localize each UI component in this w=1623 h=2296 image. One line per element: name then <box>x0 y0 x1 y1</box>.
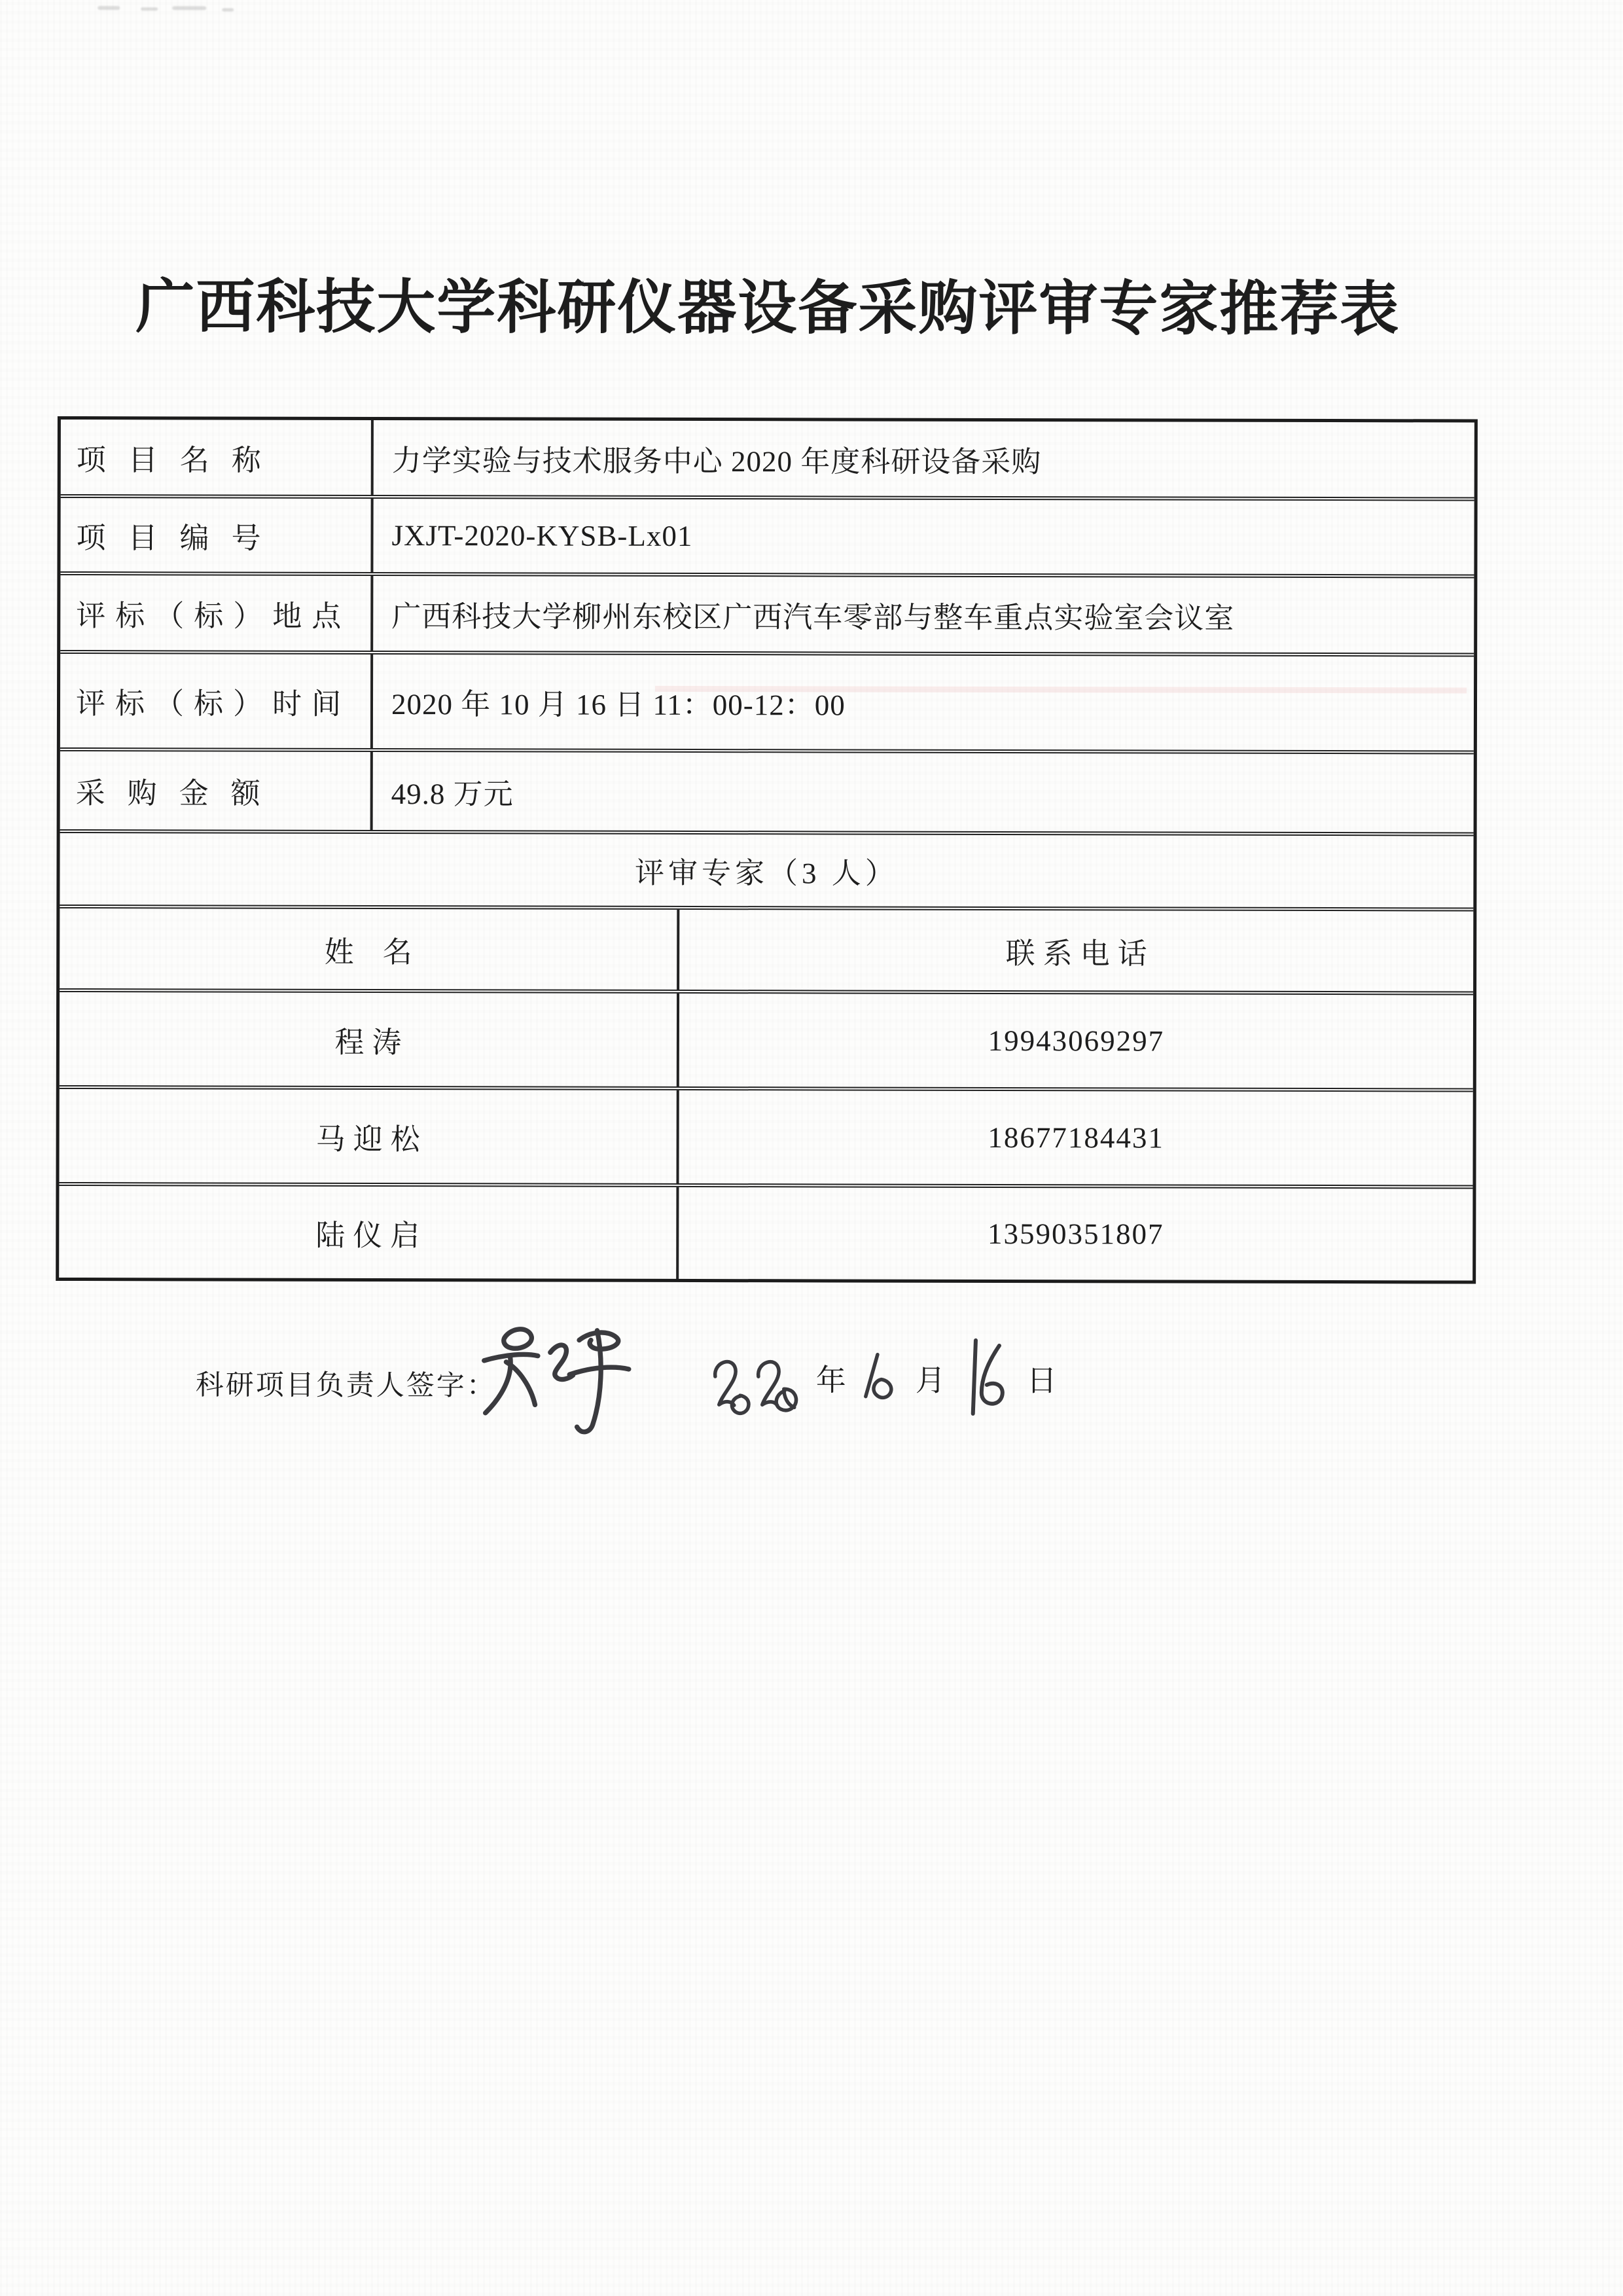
signature-label: 科研项目负责人签字： <box>196 1363 497 1403</box>
table-row-evaluation-place: 评标（标）地点 广西科技大学柳州东校区广西汽车零部与整车重点实验室会议室 <box>60 575 1474 657</box>
column-header-phone: 联系电话 <box>679 910 1473 992</box>
row-value: 力学实验与技术服务中心 2020 年度科研设备采购 <box>374 420 1474 497</box>
row-label: 评标（标）时间 <box>60 654 373 748</box>
handwritten-day <box>957 1335 1015 1419</box>
table-row-column-headers: 姓名 联系电话 <box>60 908 1473 996</box>
table-row-expert: 马迎松 18677184431 <box>59 1089 1472 1189</box>
row-label: 项目编号 <box>60 498 373 572</box>
table-row-evaluation-time: 评标（标）时间 2020 年 10 月 16 日 11：00-12：00 <box>60 654 1474 755</box>
form-table: 项目名称 力学实验与技术服务中心 2020 年度科研设备采购 项目编号 JXJT… <box>56 416 1478 1284</box>
row-label: 评标（标）地点 <box>60 575 373 651</box>
table-row-experts-header: 评审专家（3 人） <box>60 833 1473 912</box>
row-value: JXJT-2020-KYSB-Lx01 <box>373 499 1474 575</box>
day-unit: 日 <box>1026 1357 1058 1400</box>
handwritten-year <box>706 1350 804 1422</box>
row-value: 广西科技大学柳州东校区广西汽车零部与整车重点实验室会议室 <box>373 576 1474 653</box>
experts-section-header: 评审专家（3 人） <box>60 833 1473 908</box>
signature-handwriting <box>460 1315 643 1446</box>
table-row-purchase-amount: 采购金额 49.8 万元 <box>60 751 1474 836</box>
table-row-project-number: 项目编号 JXJT-2020-KYSB-Lx01 <box>60 498 1474 579</box>
scanned-form-page: { "form": { "title": "广西科技大学科研仪器设备采购评审专家… <box>0 0 1623 2296</box>
expert-phone: 13590351807 <box>679 1187 1472 1281</box>
row-label: 采购金额 <box>60 751 373 830</box>
scan-artifact <box>98 6 120 10</box>
handwritten-month <box>858 1346 904 1411</box>
form-title: 广西科技大学科研仪器设备采购评审专家推荐表 <box>58 275 1478 343</box>
expert-phone: 18677184431 <box>679 1090 1472 1185</box>
row-value: 49.8 万元 <box>373 752 1474 833</box>
scan-content: 广西科技大学科研仪器设备采购评审专家推荐表 项目名称 力学实验与技术服务中心 2… <box>0 0 1623 2296</box>
scan-artifact <box>141 7 158 10</box>
row-value: 2020 年 10 月 16 日 11：00-12：00 <box>373 655 1474 751</box>
scan-artifact <box>222 8 234 11</box>
scan-artifact <box>172 6 206 10</box>
table-row-expert: 程涛 19943069297 <box>60 992 1473 1092</box>
expert-name: 马迎松 <box>59 1089 679 1183</box>
column-header-name: 姓名 <box>60 908 679 990</box>
signature-date: 年 月 日 <box>706 1329 1058 1427</box>
expert-name: 陆仪启 <box>59 1186 679 1279</box>
year-unit: 年 <box>815 1356 847 1399</box>
expert-name: 程涛 <box>60 992 679 1086</box>
table-row-project-name: 项目名称 力学实验与技术服务中心 2020 年度科研设备采购 <box>61 420 1474 501</box>
table-row-expert: 陆仪启 13590351807 <box>59 1186 1472 1281</box>
expert-phone: 19943069297 <box>679 994 1473 1088</box>
row-label: 项目名称 <box>61 420 374 495</box>
month-unit: 月 <box>914 1357 947 1400</box>
